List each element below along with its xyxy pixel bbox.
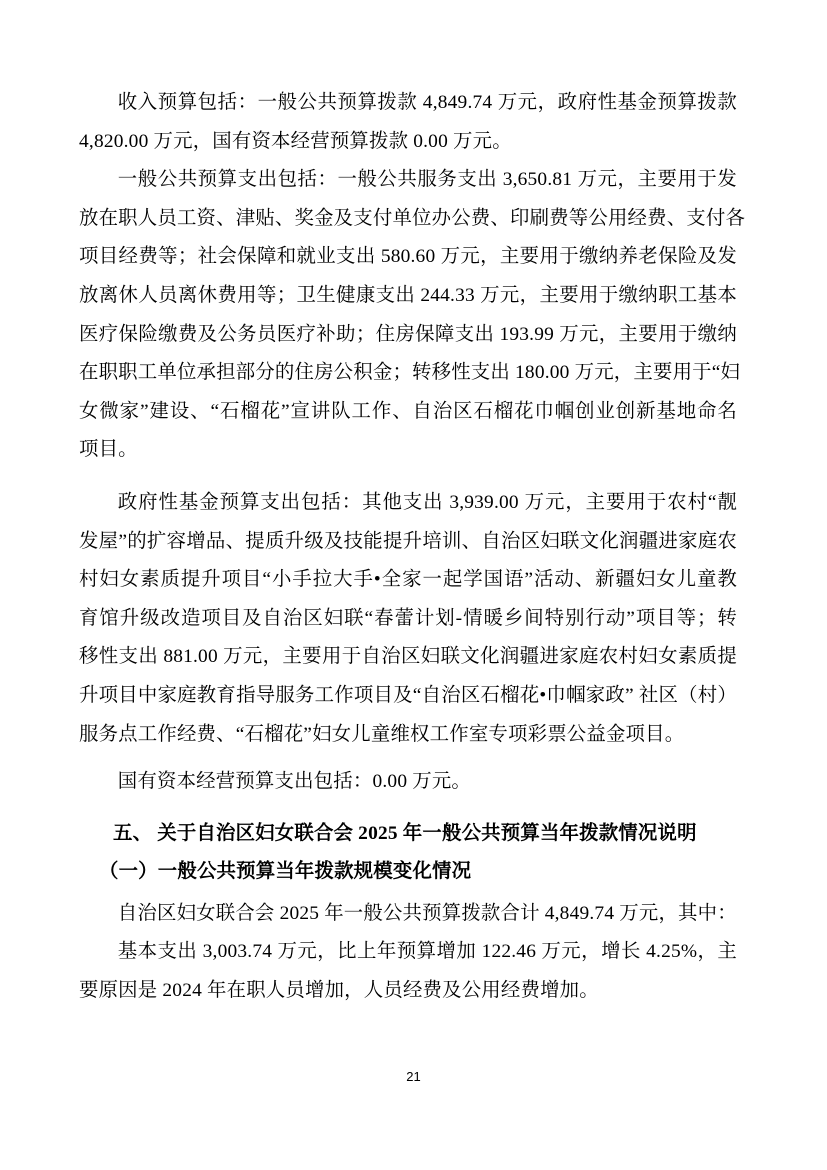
text-line: 要原因是 2024 年在职人员增加，人员经费及公用经费增加。 <box>79 972 737 1011</box>
text-line: 移性支出 881.00 万元，主要用于自治区妇联文化润疆进家庭农村妇女素质提 <box>79 638 737 677</box>
text-line: 医疗保险缴费及公务员医疗补助；住房保障支出 193.99 万元，主要用于缴纳 <box>79 316 737 355</box>
paragraph-government-fund-budget-expense: 政府性基金预算支出包括：其他支出 3,939.00 万元，主要用于农村“靓 发屋… <box>79 484 737 754</box>
text-line: 一般公共预算支出包括：一般公共服务支出 3,650.81 万元，主要用于发 <box>79 161 737 200</box>
text-line: 4,820.00 万元，国有资本经营预算拨款 0.00 万元。 <box>79 123 737 162</box>
text-line: 国有资本经营预算支出包括：0.00 万元。 <box>79 763 737 802</box>
text-line: 村妇女素质提升项目“小手拉大手•全家一起学国语”活动、新疆妇女儿童教 <box>79 561 737 600</box>
text-line: 在职职工单位承担部分的住房公积金；转移性支出 180.00 万元，主要用于“妇 <box>79 354 737 393</box>
text-line: 女微家”建设、“石榴花”宣讲队工作、自治区石榴花巾帼创业创新基地命名 <box>79 393 737 432</box>
paragraph-total-allocation: 自治区妇女联合会 2025 年一般公共预算拨款合计 4,849.74 万元，其中… <box>79 895 737 934</box>
paragraph-income-budget: 收入预算包括：一般公共预算拨款 4,849.74 万元，政府性基金预算拨款 4,… <box>79 84 737 161</box>
subsection-heading-one: （一）一般公共预算当年拨款规模变化情况 <box>79 853 737 892</box>
section-heading-five: 五、 关于自治区妇女联合会 2025 年一般公共预算当年拨款情况说明 <box>79 815 737 854</box>
paragraph-basic-expense-change: 基本支出 3,003.74 万元，比上年预算增加 122.46 万元，增长 4.… <box>79 933 737 1010</box>
text-line: 放离休人员离休费用等；卫生健康支出 244.33 万元，主要用于缴纳职工基本 <box>79 277 737 316</box>
text-line: 基本支出 3,003.74 万元，比上年预算增加 122.46 万元，增长 4.… <box>79 933 737 972</box>
text-line: 政府性基金预算支出包括：其他支出 3,939.00 万元，主要用于农村“靓 <box>79 484 737 523</box>
text-line: 项目。 <box>79 431 737 470</box>
text-line: 放在职人员工资、津贴、奖金及支付单位办公费、印刷费等公用经费、支付各 <box>79 200 737 239</box>
text-line: 自治区妇女联合会 2025 年一般公共预算拨款合计 4,849.74 万元，其中… <box>79 895 737 934</box>
text-line: 升项目中家庭教育指导服务工作项目及“自治区石榴花•巾帼家政” 社区（村） <box>79 677 737 716</box>
text-line: 发屋”的扩容增品、提质升级及技能提升培训、自治区妇联文化润疆进家庭农 <box>79 523 737 562</box>
text-line: 项目经费等；社会保障和就业支出 580.60 万元，主要用于缴纳养老保险及发 <box>79 238 737 277</box>
text-line: 收入预算包括：一般公共预算拨款 4,849.74 万元，政府性基金预算拨款 <box>79 84 737 123</box>
paragraph-state-capital-budget-expense: 国有资本经营预算支出包括：0.00 万元。 <box>79 763 737 802</box>
page-number: 21 <box>0 1068 827 1086</box>
text-line: 育馆升级改造项目及自治区妇联“春蕾计划-情暖乡间特别行动”项目等；转 <box>79 600 737 639</box>
paragraph-general-public-budget-expense: 一般公共预算支出包括：一般公共服务支出 3,650.81 万元，主要用于发 放在… <box>79 161 737 470</box>
text-line: 服务点工作经费、“石榴花”妇女儿童维权工作室专项彩票公益金项目。 <box>79 716 737 755</box>
document-content: 收入预算包括：一般公共预算拨款 4,849.74 万元，政府性基金预算拨款 4,… <box>79 84 737 1011</box>
document-page: 收入预算包括：一般公共预算拨款 4,849.74 万元，政府性基金预算拨款 4,… <box>0 0 827 1170</box>
